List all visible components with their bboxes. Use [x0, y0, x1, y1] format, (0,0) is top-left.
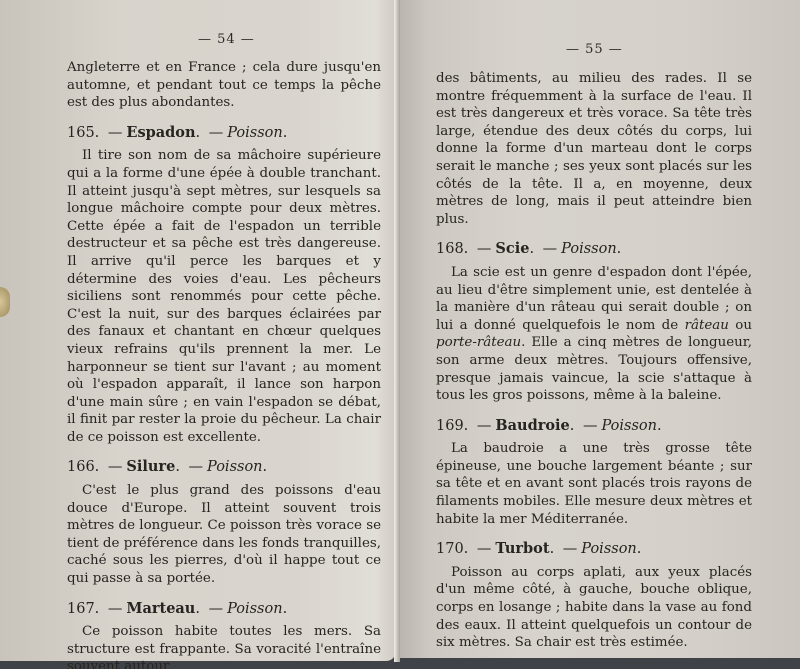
entry-name: Turbot — [495, 540, 549, 557]
italic-term: râteau — [685, 318, 729, 333]
text-segment: ou — [729, 318, 752, 333]
book-gutter — [394, 0, 400, 662]
entry-text-170: Poisson au corps aplati, aux yeux placés… — [436, 564, 752, 652]
entry-type: Poisson — [602, 418, 658, 434]
right-page-text: des bâtiments, au milieu des rades. Il s… — [436, 70, 752, 652]
entry-name: Baudroie — [495, 417, 569, 434]
dash: — — [108, 601, 123, 617]
entry-text-165: Il tire son nom de sa mâchoire supérieur… — [67, 147, 381, 446]
entry-heading-169: 169. —Baudroie. —Poisson. — [436, 417, 752, 436]
entry-heading-168: 168. —Scie. —Poisson. — [436, 240, 752, 259]
entry-heading-167: 167. —Marteau. —Poisson. — [67, 600, 381, 619]
entry-name: Scie — [495, 240, 529, 257]
dash: — — [189, 459, 204, 475]
continuation-text: des bâtiments, au milieu des rades. Il s… — [436, 70, 752, 228]
italic-term: porte-râteau — [436, 335, 521, 350]
dash: — — [477, 541, 492, 557]
dash: — — [583, 418, 598, 434]
entry-text-167: Ce poisson habite toutes les mers. Sa st… — [67, 623, 381, 669]
continuation-text: Angleterre et en France ; cela dure jusq… — [67, 59, 381, 112]
entry-text-168: La scie est un genre d'espadon dont l'ép… — [436, 264, 752, 405]
page-number-right: — 55 — — [566, 42, 623, 57]
entry-text-169: La baudroie a une très grosse tête épine… — [436, 440, 752, 528]
left-page: — 54 — Angleterre et en France ; cela du… — [0, 0, 396, 661]
entry-text-166: C'est le plus grand des poissons d'eau d… — [67, 482, 381, 588]
dash: — — [209, 601, 224, 617]
entry-number: 170. — [436, 541, 468, 557]
left-page-text: Angleterre et en France ; cela dure jusq… — [67, 59, 381, 669]
entry-name: Espadon — [126, 124, 195, 141]
entry-type: Poisson — [207, 459, 263, 475]
entry-heading-166: 166. —Silure. —Poisson. — [67, 458, 381, 477]
entry-name: Marteau — [126, 600, 195, 617]
entry-number: 169. — [436, 418, 468, 434]
dash: — — [108, 125, 123, 141]
book-spread: — 54 — Angleterre et en France ; cela du… — [0, 0, 800, 669]
entry-number: 168. — [436, 241, 468, 257]
right-page: — 55 — des bâtiments, au milieu des rade… — [398, 0, 800, 658]
dash: — — [477, 418, 492, 434]
dash: — — [477, 241, 492, 257]
page-number-left: — 54 — — [198, 32, 255, 47]
dash: — — [543, 241, 558, 257]
dash: — — [563, 541, 578, 557]
entry-heading-165: 165. —Espadon. —Poisson. — [67, 124, 381, 143]
entry-name: Silure — [126, 458, 175, 475]
entry-type: Poisson — [227, 601, 283, 617]
entry-type: Poisson — [561, 241, 617, 257]
entry-heading-170: 170. —Turbot. —Poisson. — [436, 540, 752, 559]
entry-type: Poisson — [581, 541, 637, 557]
entry-number: 166. — [67, 459, 99, 475]
entry-type: Poisson — [227, 125, 283, 141]
entry-number: 165. — [67, 125, 99, 141]
dash: — — [108, 459, 123, 475]
entry-number: 167. — [67, 601, 99, 617]
dash: — — [209, 125, 224, 141]
